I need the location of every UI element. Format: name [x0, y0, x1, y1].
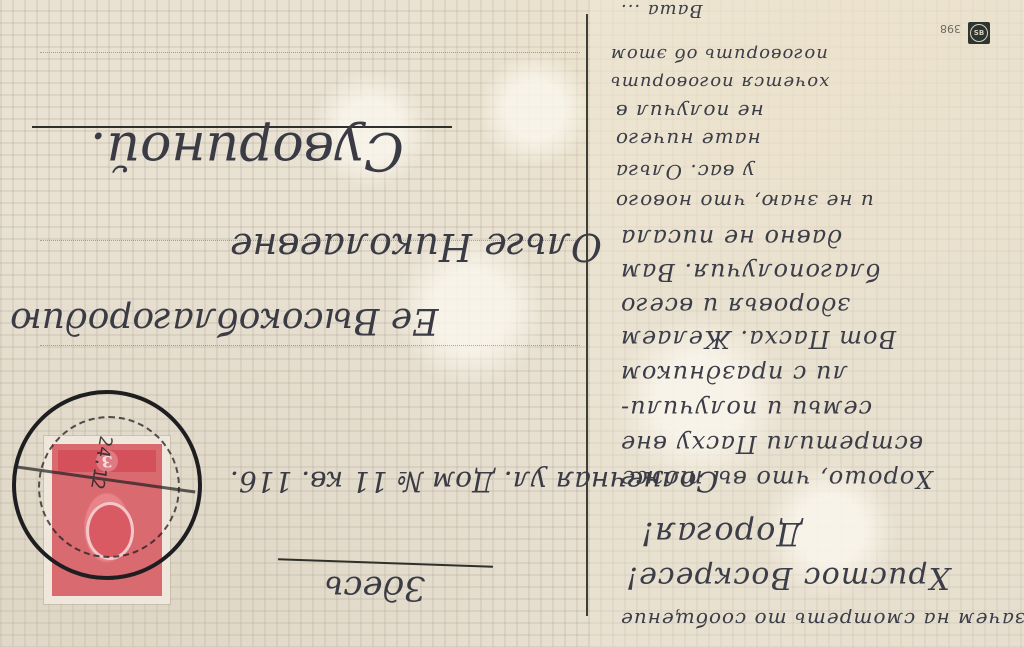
message-line: благополучия. Вам	[620, 258, 880, 286]
message-footer: зачем на смотреть то сообщение	[620, 608, 1024, 632]
message-line: хочется поговорить	[610, 72, 829, 93]
message-line: Ваша ...	[620, 0, 703, 21]
embossed-flower	[470, 40, 600, 180]
message-line: поговорить об этом	[610, 44, 828, 65]
message-line: Христос Воскресе!	[625, 560, 950, 595]
message-line: не получил в	[615, 100, 764, 124]
message-line: семьи и получили-	[620, 395, 872, 423]
underline	[278, 558, 493, 568]
postcard: 398 SB Сувориной. Ольге Николаевне Ее Вы…	[0, 0, 1024, 647]
message-line: наше ничего	[615, 128, 761, 152]
message-line: Хорошо, что вы тоже	[620, 465, 932, 493]
message-line: ли с праздником	[620, 360, 848, 388]
message-line: и не знаю, что нового	[615, 190, 874, 214]
address-dotted-line	[40, 52, 580, 53]
message-line: у вас. Ольга	[615, 160, 755, 184]
address-line: Ольге Николаевне	[230, 225, 602, 269]
center-divider-line	[586, 14, 588, 616]
postmark-cancel: 24.12	[12, 390, 202, 580]
message-line: встретили Пасху вне	[620, 430, 923, 458]
catalog-number: 398	[940, 22, 961, 35]
message-line: Дорогая!	[640, 515, 802, 553]
message-line: давно не писала	[620, 224, 842, 252]
publisher-logo-icon: SB	[968, 22, 990, 44]
message-line: Вот Пасха. Желаем	[620, 325, 896, 353]
address-line: Здесь	[325, 568, 425, 608]
address-line: Сувориной.	[90, 120, 404, 180]
message-line: здоровья и всего	[620, 292, 850, 320]
address-dotted-line	[40, 345, 580, 346]
address-line: Ее Высокоблагородию	[10, 300, 438, 341]
